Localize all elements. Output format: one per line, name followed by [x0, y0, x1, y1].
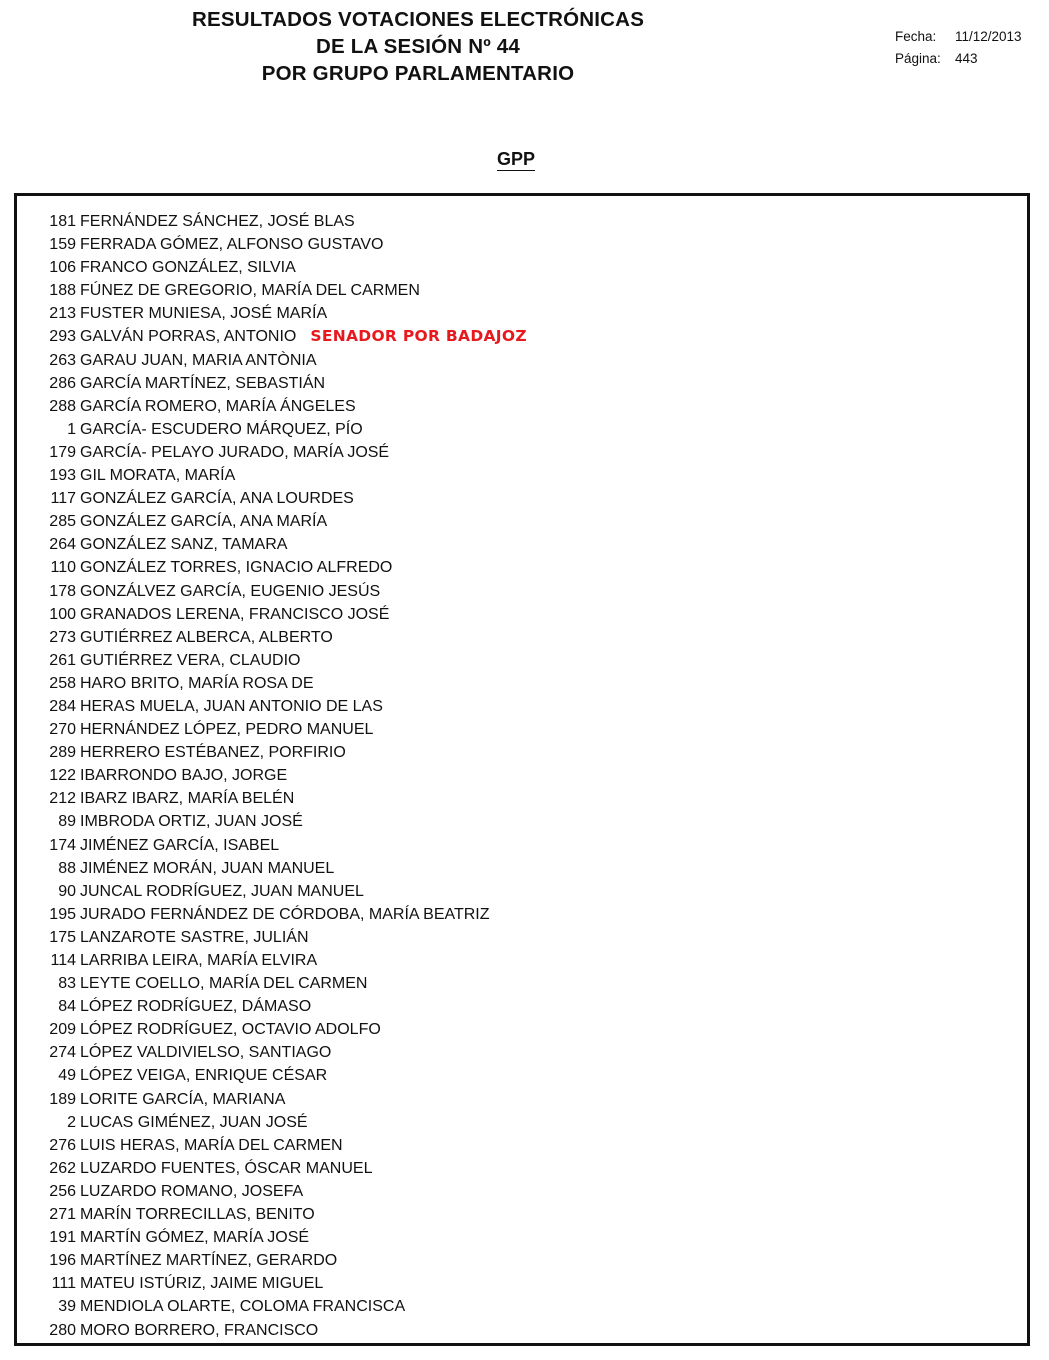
member-number: 1	[17, 418, 80, 441]
member-number: 276	[17, 1134, 80, 1157]
member-name: GARCÍA- ESCUDERO MÁRQUEZ, PÍO	[80, 418, 363, 441]
member-row: 213FUSTER MUNIESA, JOSÉ MARÍA	[17, 302, 527, 325]
member-row: 191MARTÍN GÓMEZ, MARÍA JOSÉ	[17, 1226, 527, 1249]
member-row: 2LUCAS GIMÉNEZ, JUAN JOSÉ	[17, 1111, 527, 1134]
member-name: MENDIOLA OLARTE, COLOMA FRANCISCA	[80, 1295, 405, 1318]
member-row: 106FRANCO GONZÁLEZ, SILVIA	[17, 256, 527, 279]
member-name: GONZÁLEZ GARCÍA, ANA LOURDES	[80, 487, 354, 510]
member-number: 213	[17, 302, 80, 325]
member-name: HARO BRITO, MARÍA ROSA DE	[80, 672, 314, 695]
member-name: IBARZ IBARZ, MARÍA BELÉN	[80, 787, 294, 810]
member-name: FERNÁNDEZ SÁNCHEZ, JOSÉ BLAS	[80, 210, 355, 233]
member-number: 100	[17, 603, 80, 626]
member-number: 84	[17, 995, 80, 1018]
member-number: 181	[17, 210, 80, 233]
member-row: 49LÓPEZ VEIGA, ENRIQUE CÉSAR	[17, 1064, 527, 1087]
member-row: 288GARCÍA ROMERO, MARÍA ÁNGELES	[17, 395, 527, 418]
member-row: 122IBARRONDO BAJO, JORGE	[17, 764, 527, 787]
member-name: LUZARDO ROMANO, JOSEFA	[80, 1180, 303, 1203]
member-name: GUTIÉRREZ ALBERCA, ALBERTO	[80, 626, 333, 649]
member-row: 271MARÍN TORRECILLAS, BENITO	[17, 1203, 527, 1226]
member-number: 288	[17, 395, 80, 418]
member-number: 258	[17, 672, 80, 695]
title-line-2: DE LA SESIÓN Nº 44	[118, 33, 718, 60]
member-name: LÓPEZ VALDIVIELSO, SANTIAGO	[80, 1041, 331, 1064]
member-row: 262LUZARDO FUENTES, ÓSCAR MANUEL	[17, 1157, 527, 1180]
page-value: 443	[955, 51, 978, 66]
page-label: Página:	[895, 48, 955, 70]
member-row: 89IMBRODA ORTIZ, JUAN JOSÉ	[17, 810, 527, 833]
member-name: FUSTER MUNIESA, JOSÉ MARÍA	[80, 302, 327, 325]
member-name: FRANCO GONZÁLEZ, SILVIA	[80, 256, 296, 279]
member-name: GRANADOS LERENA, FRANCISCO JOSÉ	[80, 603, 389, 626]
member-name: GARCÍA ROMERO, MARÍA ÁNGELES	[80, 395, 356, 418]
member-name: JIMÉNEZ MORÁN, JUAN MANUEL	[80, 857, 334, 880]
member-number: 111	[17, 1272, 80, 1295]
member-name: IMBRODA ORTIZ, JUAN JOSÉ	[80, 810, 303, 833]
member-number: 117	[17, 487, 80, 510]
member-number: 212	[17, 787, 80, 810]
member-number: 90	[17, 880, 80, 903]
member-row: 284HERAS MUELA, JUAN ANTONIO DE LAS	[17, 695, 527, 718]
member-name: LÓPEZ RODRÍGUEZ, OCTAVIO ADOLFO	[80, 1018, 381, 1041]
member-number: 293	[17, 325, 80, 348]
member-row: 196MARTÍNEZ MARTÍNEZ, GERARDO	[17, 1249, 527, 1272]
member-row: 289HERRERO ESTÉBANEZ, PORFIRIO	[17, 741, 527, 764]
member-number: 264	[17, 533, 80, 556]
member-number: 179	[17, 441, 80, 464]
member-number: 178	[17, 580, 80, 603]
member-row: 286GARCÍA MARTÍNEZ, SEBASTIÁN	[17, 372, 527, 395]
member-number: 195	[17, 903, 80, 926]
member-number: 175	[17, 926, 80, 949]
member-number: 280	[17, 1319, 80, 1342]
member-name: JURADO FERNÁNDEZ DE CÓRDOBA, MARÍA BEATR…	[80, 903, 490, 926]
member-name: LEYTE COELLO, MARÍA DEL CARMEN	[80, 972, 367, 995]
member-row: 174JIMÉNEZ GARCÍA, ISABEL	[17, 834, 527, 857]
member-name: FÚNEZ DE GREGORIO, MARÍA DEL CARMEN	[80, 279, 420, 302]
annotation-note: SENADOR POR BADAJOZ	[310, 325, 527, 348]
member-name: JIMÉNEZ GARCÍA, ISABEL	[80, 834, 279, 857]
member-name: HERRERO ESTÉBANEZ, PORFIRIO	[80, 741, 346, 764]
member-row: 100GRANADOS LERENA, FRANCISCO JOSÉ	[17, 603, 527, 626]
member-row: 83LEYTE COELLO, MARÍA DEL CARMEN	[17, 972, 527, 995]
member-number: 270	[17, 718, 80, 741]
member-name: GONZÁLEZ GARCÍA, ANA MARÍA	[80, 510, 327, 533]
member-row: 212IBARZ IBARZ, MARÍA BELÉN	[17, 787, 527, 810]
member-number: 83	[17, 972, 80, 995]
member-row: 39MENDIOLA OLARTE, COLOMA FRANCISCA	[17, 1295, 527, 1318]
member-row: 88JIMÉNEZ MORÁN, JUAN MANUEL	[17, 857, 527, 880]
member-name: GIL MORATA, MARÍA	[80, 464, 235, 487]
member-row: 175LANZAROTE SASTRE, JULIÁN	[17, 926, 527, 949]
member-row: 189LORITE GARCÍA, MARIANA	[17, 1088, 527, 1111]
member-number: 196	[17, 1249, 80, 1272]
member-number: 122	[17, 764, 80, 787]
member-row: 90JUNCAL RODRÍGUEZ, JUAN MANUEL	[17, 880, 527, 903]
member-number: 39	[17, 1295, 80, 1318]
date-value: 11/12/2013	[955, 29, 1022, 44]
member-name: FERRADA GÓMEZ, ALFONSO GUSTAVO	[80, 233, 383, 256]
member-name: LUZARDO FUENTES, ÓSCAR MANUEL	[80, 1157, 372, 1180]
member-name: MORO BORRERO, FRANCISCO	[80, 1319, 318, 1342]
group-heading: GPP	[497, 149, 535, 170]
member-number: 209	[17, 1018, 80, 1041]
member-row: 264GONZÁLEZ SANZ, TAMARA	[17, 533, 527, 556]
members-box: 181FERNÁNDEZ SÁNCHEZ, JOSÉ BLAS159FERRAD…	[14, 193, 1030, 1346]
member-name: LUIS HERAS, MARÍA DEL CARMEN	[80, 1134, 343, 1157]
member-row: 258HARO BRITO, MARÍA ROSA DE	[17, 672, 527, 695]
member-row: 179GARCÍA- PELAYO JURADO, MARÍA JOSÉ	[17, 441, 527, 464]
report-title: RESULTADOS VOTACIONES ELECTRÓNICAS DE LA…	[118, 6, 718, 87]
member-row: 159FERRADA GÓMEZ, ALFONSO GUSTAVO	[17, 233, 527, 256]
member-number: 285	[17, 510, 80, 533]
members-list: 181FERNÁNDEZ SÁNCHEZ, JOSÉ BLAS159FERRAD…	[17, 210, 527, 1342]
member-number: 273	[17, 626, 80, 649]
member-number: 89	[17, 810, 80, 833]
member-name: LORITE GARCÍA, MARIANA	[80, 1088, 285, 1111]
member-row: 178GONZÁLVEZ GARCÍA, EUGENIO JESÚS	[17, 580, 527, 603]
member-number: 271	[17, 1203, 80, 1226]
member-number: 289	[17, 741, 80, 764]
member-name: GONZÁLEZ TORRES, IGNACIO ALFREDO	[80, 556, 392, 579]
member-name: LÓPEZ VEIGA, ENRIQUE CÉSAR	[80, 1064, 327, 1087]
member-name: GALVÁN PORRAS, ANTONIO	[80, 325, 296, 348]
member-name: GONZÁLVEZ GARCÍA, EUGENIO JESÚS	[80, 580, 380, 603]
member-row: 110GONZÁLEZ TORRES, IGNACIO ALFREDO	[17, 556, 527, 579]
member-number: 106	[17, 256, 80, 279]
member-name: GARCÍA- PELAYO JURADO, MARÍA JOSÉ	[80, 441, 389, 464]
title-line-3: POR GRUPO PARLAMENTARIO	[118, 60, 718, 87]
member-name: MARTÍN GÓMEZ, MARÍA JOSÉ	[80, 1226, 309, 1249]
member-name: GUTIÉRREZ VERA, CLAUDIO	[80, 649, 300, 672]
member-row: 209LÓPEZ RODRÍGUEZ, OCTAVIO ADOLFO	[17, 1018, 527, 1041]
member-row: 117GONZÁLEZ GARCÍA, ANA LOURDES	[17, 487, 527, 510]
member-row: 280MORO BORRERO, FRANCISCO	[17, 1319, 527, 1342]
member-row: 274LÓPEZ VALDIVIELSO, SANTIAGO	[17, 1041, 527, 1064]
member-name: LÓPEZ RODRÍGUEZ, DÁMASO	[80, 995, 311, 1018]
member-row: 256LUZARDO ROMANO, JOSEFA	[17, 1180, 527, 1203]
member-row: 181FERNÁNDEZ SÁNCHEZ, JOSÉ BLAS	[17, 210, 527, 233]
member-name: MARTÍNEZ MARTÍNEZ, GERARDO	[80, 1249, 337, 1272]
title-line-1: RESULTADOS VOTACIONES ELECTRÓNICAS	[118, 6, 718, 33]
member-name: LUCAS GIMÉNEZ, JUAN JOSÉ	[80, 1111, 308, 1134]
member-number: 284	[17, 695, 80, 718]
date-label: Fecha:	[895, 26, 955, 48]
member-name: JUNCAL RODRÍGUEZ, JUAN MANUEL	[80, 880, 364, 903]
member-row: 263GARAU JUAN, MARIA ANTÒNIA	[17, 349, 527, 372]
member-name: HERNÁNDEZ LÓPEZ, PEDRO MANUEL	[80, 718, 373, 741]
member-row: 1GARCÍA- ESCUDERO MÁRQUEZ, PÍO	[17, 418, 527, 441]
member-number: 193	[17, 464, 80, 487]
member-row: 84LÓPEZ RODRÍGUEZ, DÁMASO	[17, 995, 527, 1018]
member-name: MATEU ISTÚRIZ, JAIME MIGUEL	[80, 1272, 323, 1295]
member-name: GARCÍA MARTÍNEZ, SEBASTIÁN	[80, 372, 325, 395]
date-row: Fecha:11/12/2013	[895, 26, 1022, 48]
member-row: 114LARRIBA LEIRA, MARÍA ELVIRA	[17, 949, 527, 972]
member-row: 273GUTIÉRREZ ALBERCA, ALBERTO	[17, 626, 527, 649]
member-row: 261GUTIÉRREZ VERA, CLAUDIO	[17, 649, 527, 672]
member-name: IBARRONDO BAJO, JORGE	[80, 764, 287, 787]
report-meta: Fecha:11/12/2013 Página:443	[895, 26, 1022, 70]
page-row: Página:443	[895, 48, 1022, 70]
member-number: 188	[17, 279, 80, 302]
member-row: 195JURADO FERNÁNDEZ DE CÓRDOBA, MARÍA BE…	[17, 903, 527, 926]
member-number: 110	[17, 556, 80, 579]
member-row: 276LUIS HERAS, MARÍA DEL CARMEN	[17, 1134, 527, 1157]
member-name: LANZAROTE SASTRE, JULIÁN	[80, 926, 309, 949]
member-number: 286	[17, 372, 80, 395]
member-row: 193GIL MORATA, MARÍA	[17, 464, 527, 487]
member-name: HERAS MUELA, JUAN ANTONIO DE LAS	[80, 695, 383, 718]
member-number: 114	[17, 949, 80, 972]
member-number: 174	[17, 834, 80, 857]
member-row: 111MATEU ISTÚRIZ, JAIME MIGUEL	[17, 1272, 527, 1295]
member-number: 263	[17, 349, 80, 372]
member-number: 256	[17, 1180, 80, 1203]
member-name: GARAU JUAN, MARIA ANTÒNIA	[80, 349, 316, 372]
member-number: 262	[17, 1157, 80, 1180]
member-row: 293GALVÁN PORRAS, ANTONIOSENADOR POR BAD…	[17, 325, 527, 348]
member-number: 159	[17, 233, 80, 256]
member-number: 274	[17, 1041, 80, 1064]
member-name: LARRIBA LEIRA, MARÍA ELVIRA	[80, 949, 317, 972]
member-row: 270HERNÁNDEZ LÓPEZ, PEDRO MANUEL	[17, 718, 527, 741]
member-number: 88	[17, 857, 80, 880]
member-name: GONZÁLEZ SANZ, TAMARA	[80, 533, 287, 556]
member-number: 49	[17, 1064, 80, 1087]
member-row: 188FÚNEZ DE GREGORIO, MARÍA DEL CARMEN	[17, 279, 527, 302]
member-number: 261	[17, 649, 80, 672]
member-number: 191	[17, 1226, 80, 1249]
member-number: 189	[17, 1088, 80, 1111]
member-name: MARÍN TORRECILLAS, BENITO	[80, 1203, 315, 1226]
member-number: 2	[17, 1111, 80, 1134]
member-row: 285GONZÁLEZ GARCÍA, ANA MARÍA	[17, 510, 527, 533]
